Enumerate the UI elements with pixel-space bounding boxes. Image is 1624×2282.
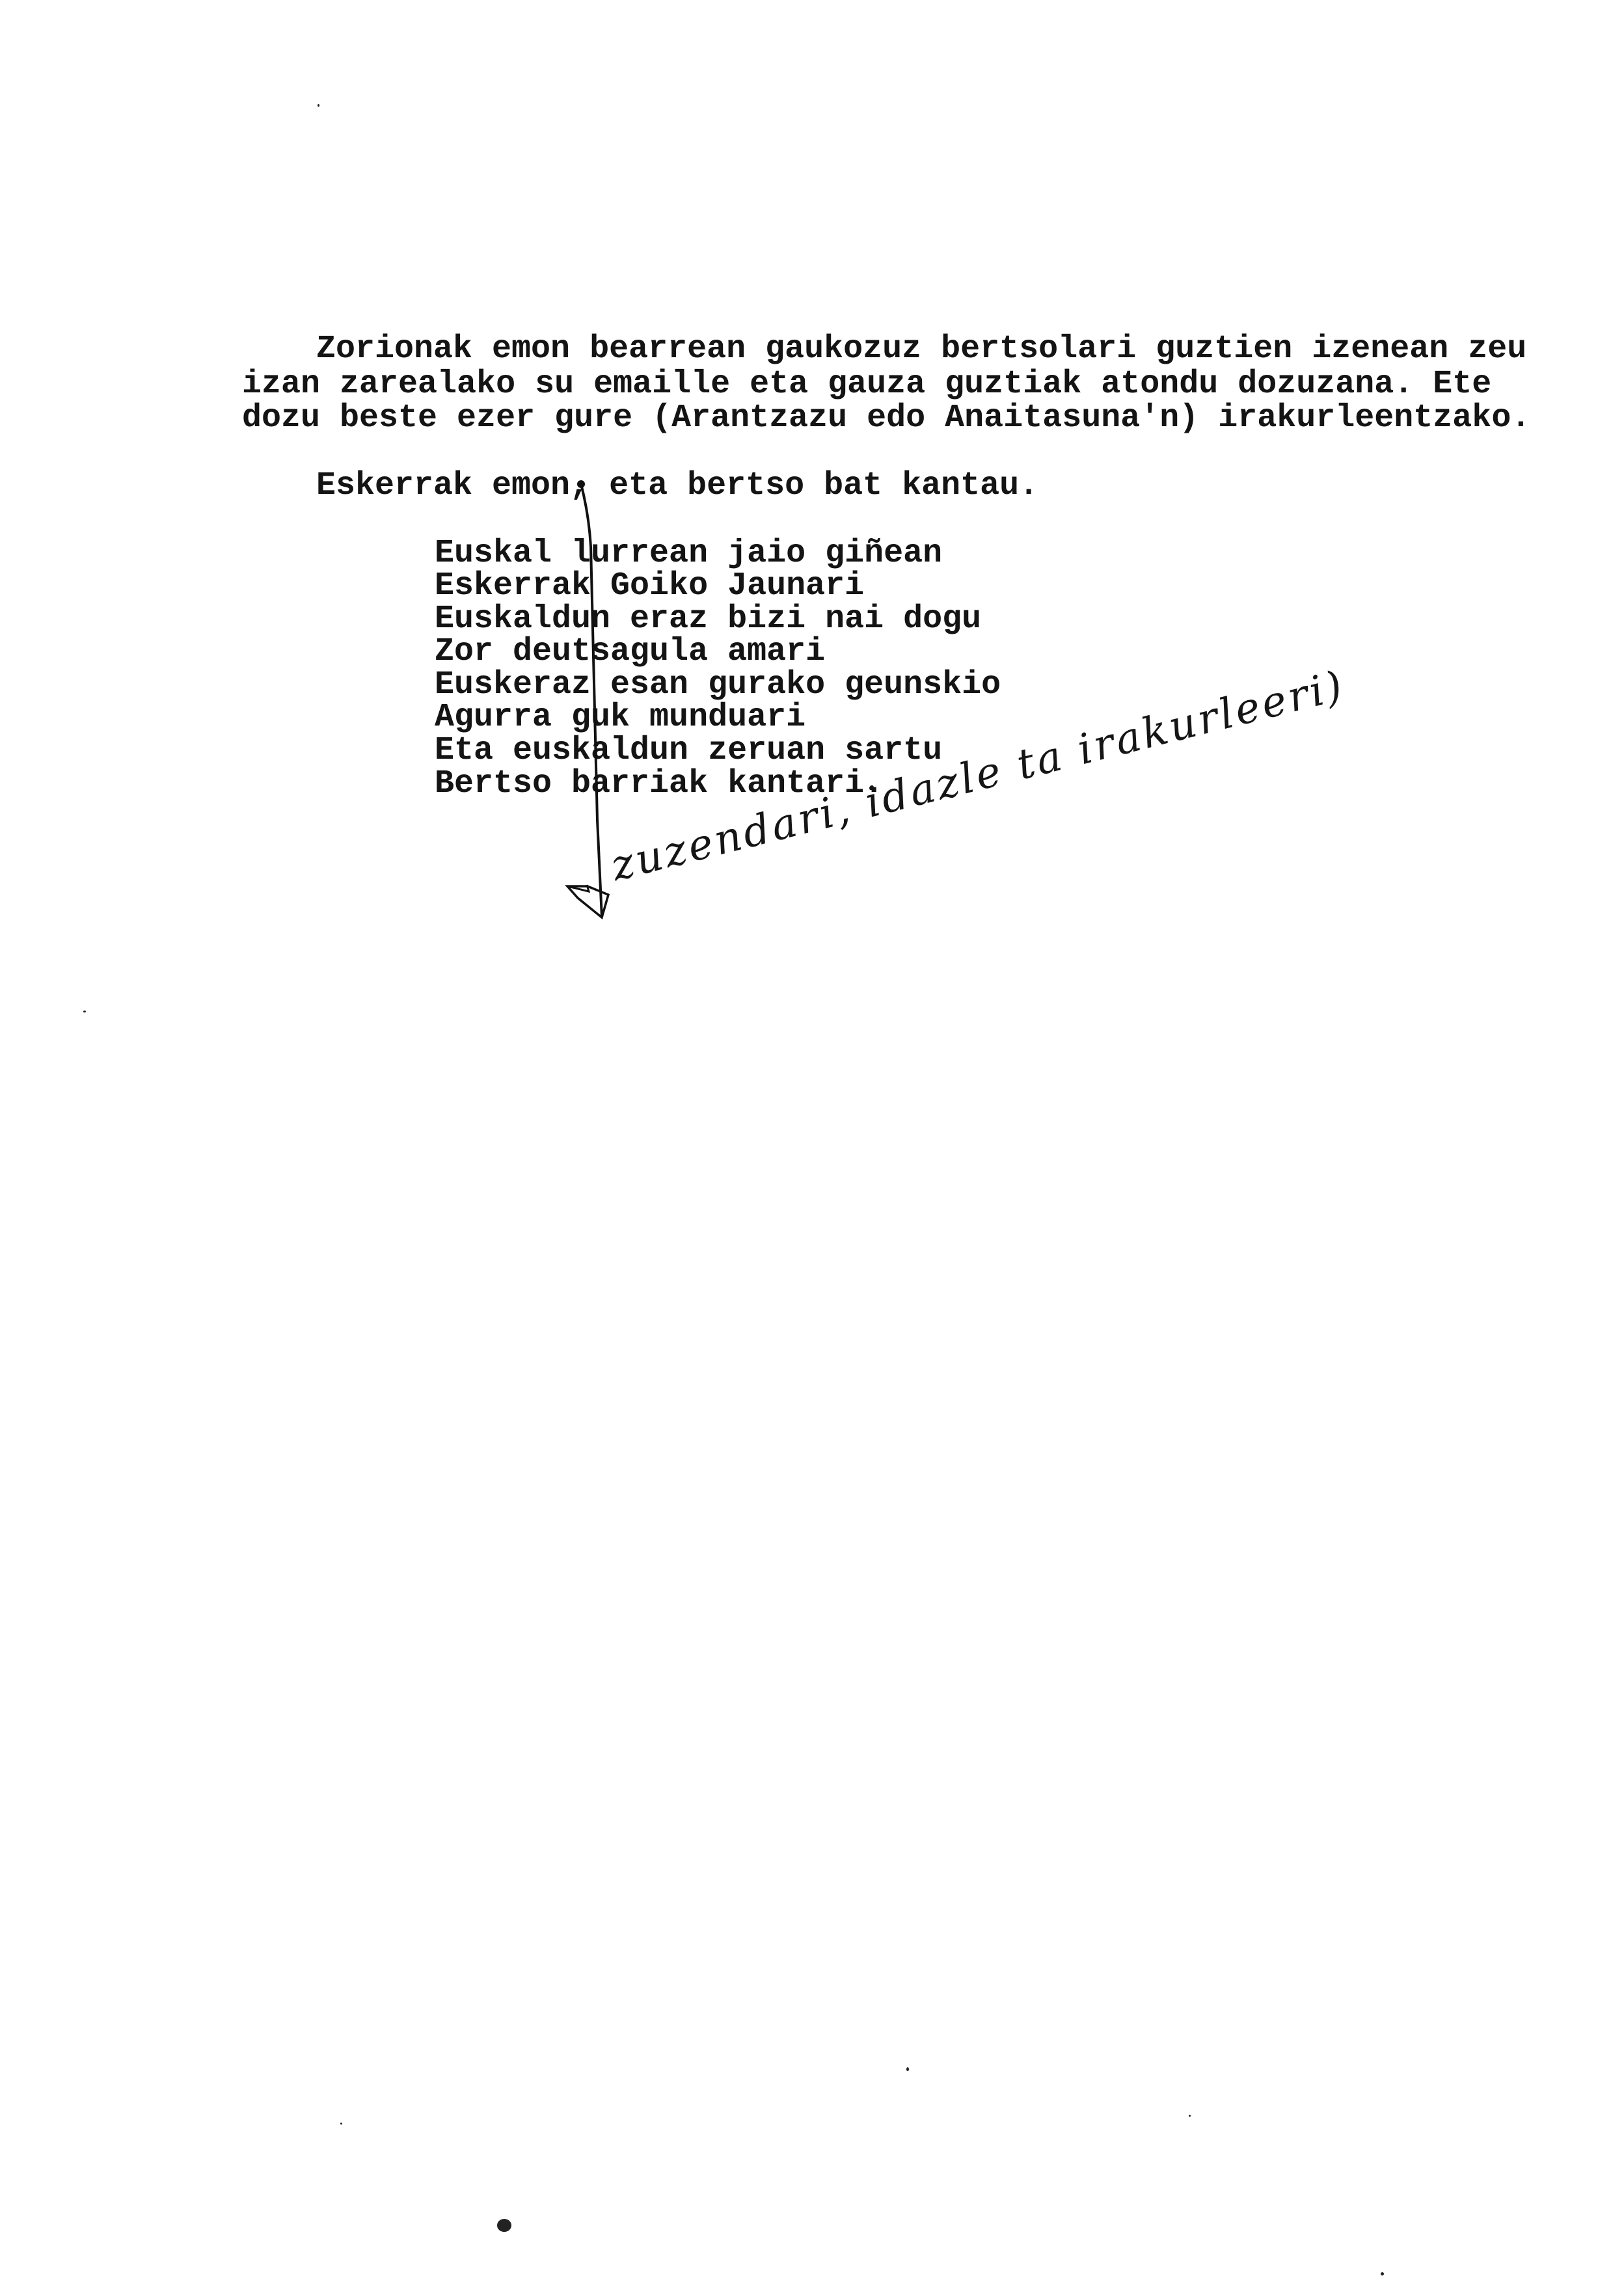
verse-line: Euskal lurrean jaio giñean (435, 537, 942, 570)
verse-line: Euskeraz esan gurako geunskio (435, 669, 1001, 701)
paragraph-line-1: Zorionak emon bearrean gaukozuz bertsola… (316, 333, 1526, 366)
verse-line: Agurra guk munduari (435, 701, 805, 734)
scan-speck (1381, 2272, 1384, 2275)
scan-speck (318, 104, 319, 107)
verse-line: Eta euskaldun zeruan sartu (435, 735, 942, 767)
verse-line: Euskaldun eraz bizi nai dogu (435, 603, 981, 636)
verse-line: Zor deutsagula amari (435, 636, 825, 668)
scanned-page: Zorionak emon bearrean gaukozuz bertsola… (0, 0, 1624, 2282)
scan-speck (906, 2067, 909, 2071)
scan-speck (83, 1011, 86, 1012)
scan-speck (340, 2123, 342, 2125)
scan-speck (497, 2219, 511, 2232)
paragraph-line-3: dozu beste ezer gure (Arantzazu edo Anai… (242, 402, 1530, 435)
paragraph-line-2: izan zarealako su emaille eta gauza guzt… (242, 368, 1491, 401)
verse-line: Eskerrak Goiko Jaunari (435, 570, 864, 603)
scan-speck (1189, 2115, 1191, 2117)
thanks-line: Eskerrak emon, eta bertso bat kantau. (316, 470, 1038, 502)
